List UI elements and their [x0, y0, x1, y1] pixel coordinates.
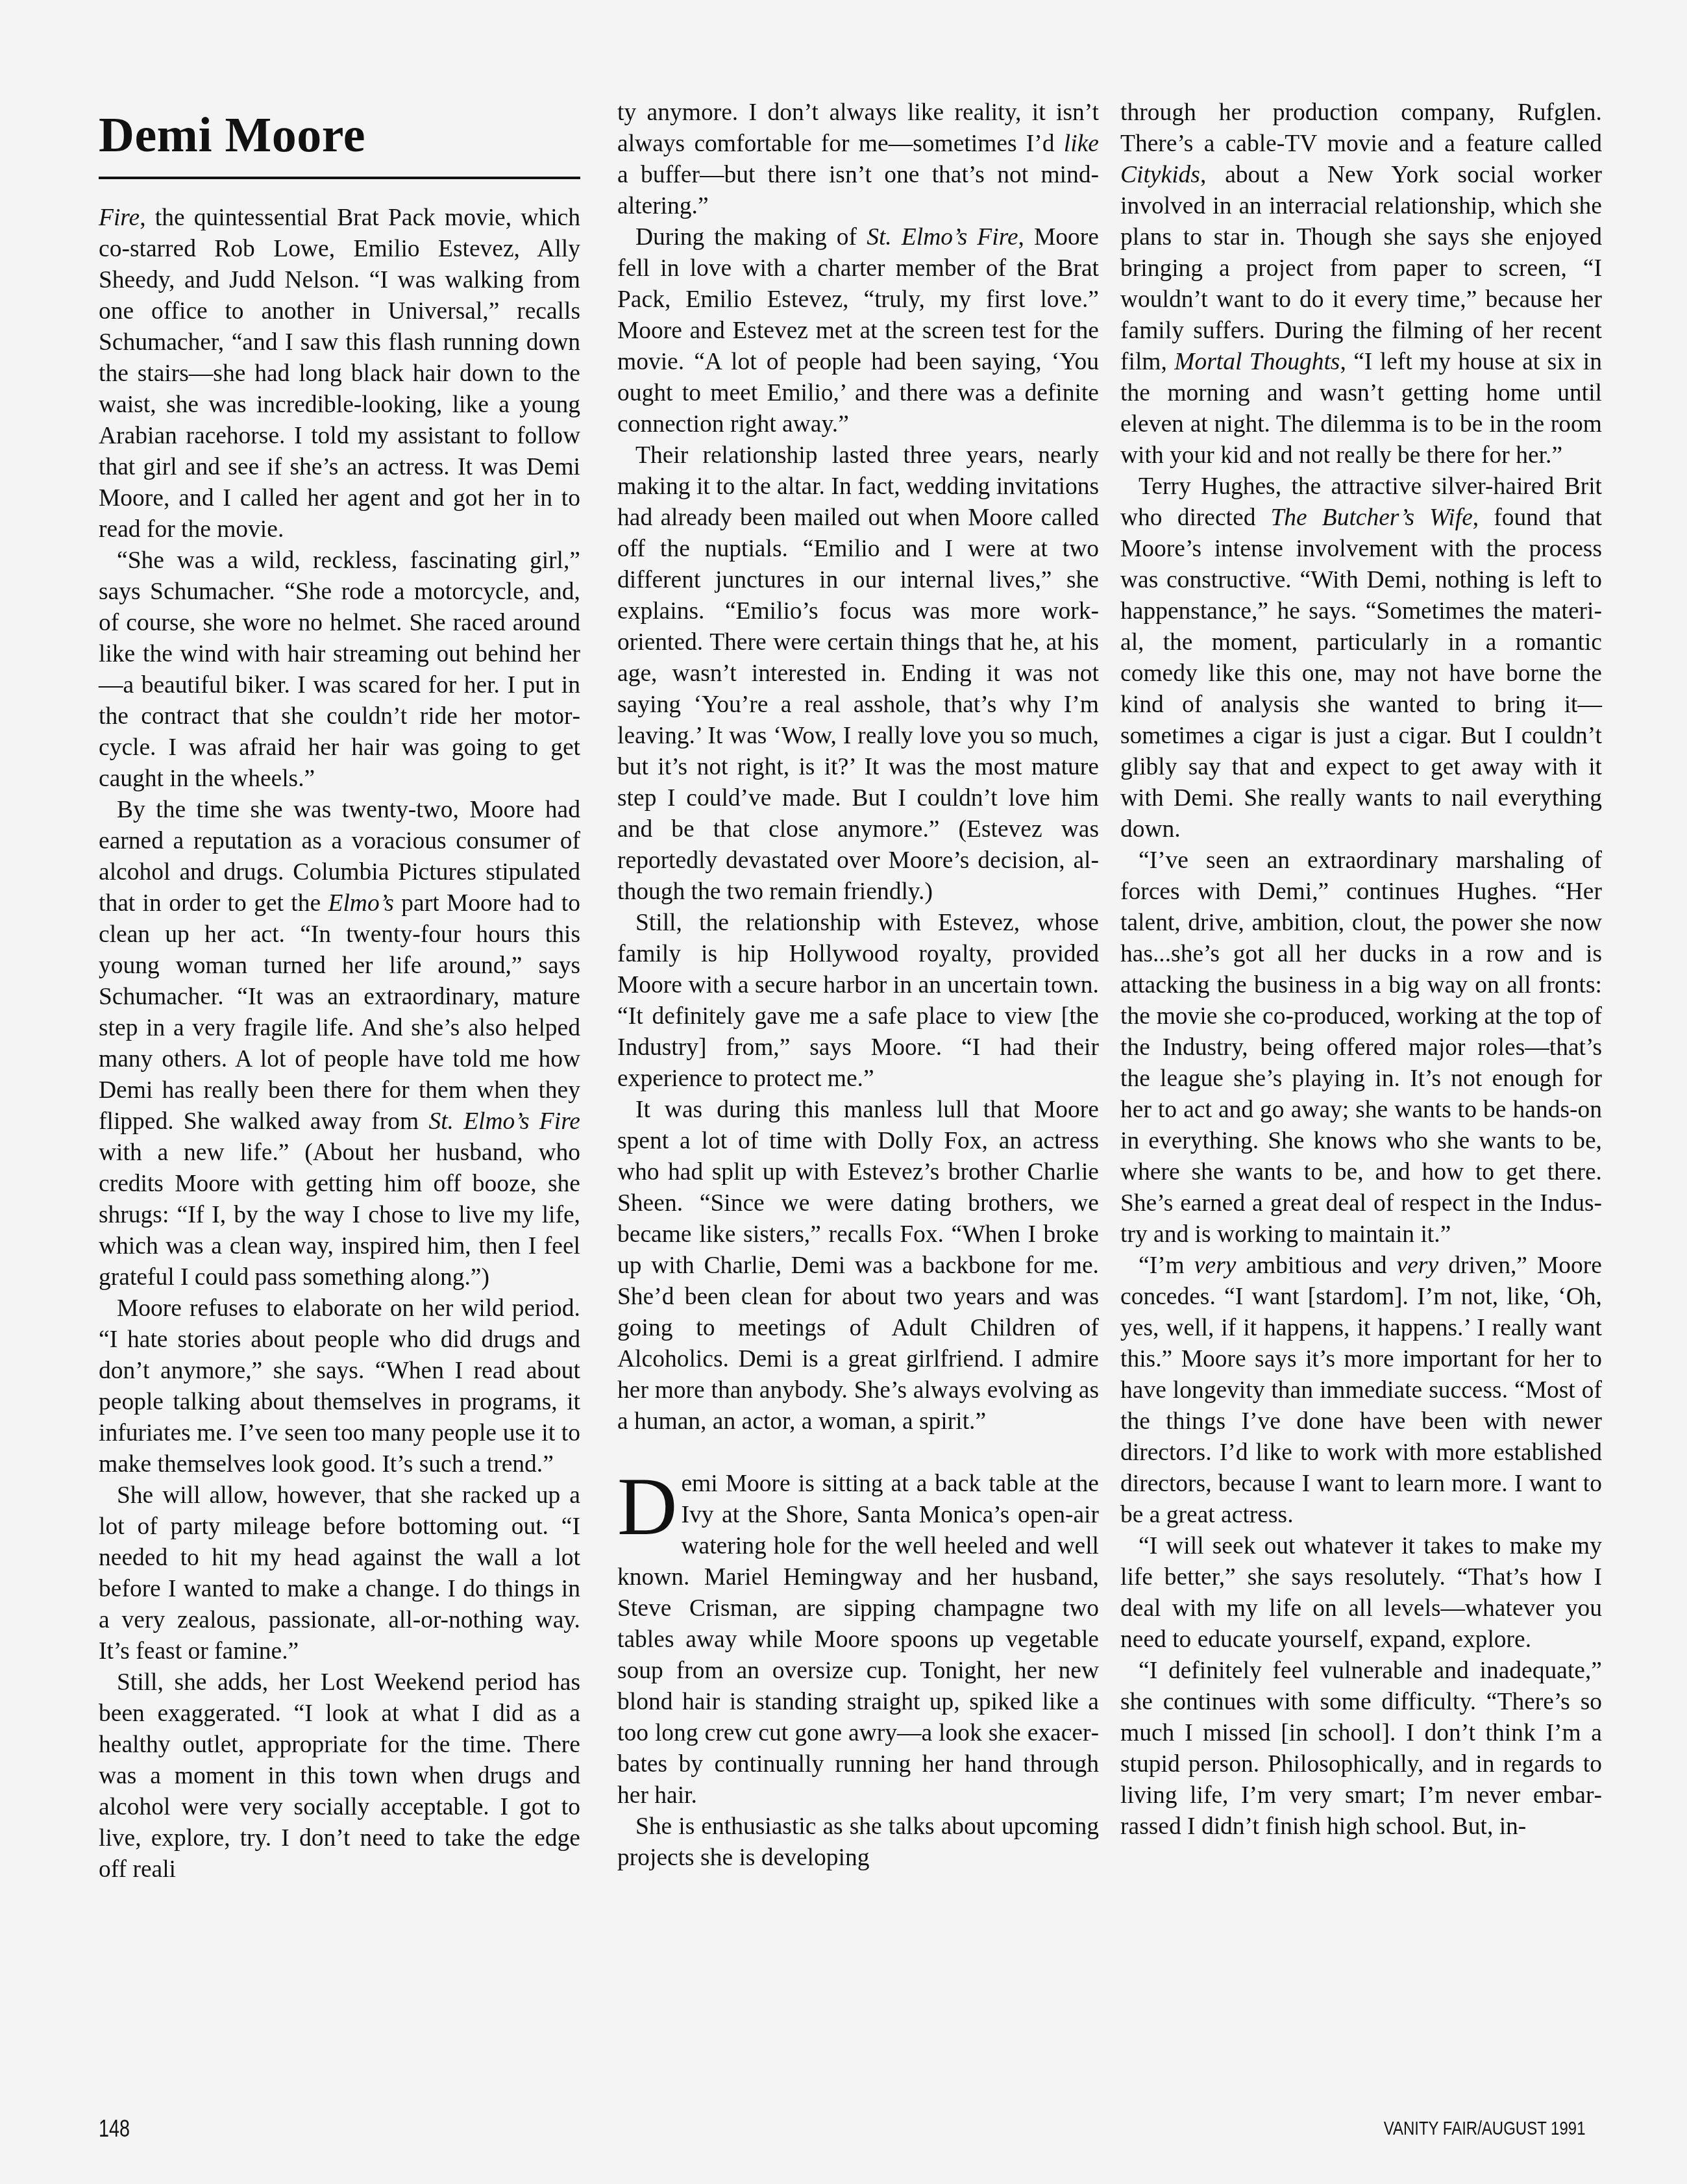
paragraph: ty anymore. I don’t always like reality,… — [617, 97, 1099, 222]
paragraph: “I will seek out whatever it takes to ma… — [1120, 1531, 1602, 1656]
page-number: 148 — [99, 2115, 130, 2142]
paragraph: Fire, the quintessential Brat Pack movie… — [99, 203, 580, 545]
paragraph: It was during this manless lull that Moo… — [617, 1095, 1099, 1437]
italic-title: Elmo’s — [328, 890, 394, 917]
italic-title: Fire — [99, 205, 140, 231]
section-break — [617, 1437, 1099, 1469]
paragraph: “I’m very ambitious and very driven,” Mo… — [1120, 1250, 1602, 1531]
column-3: through her production company, Ruf­glen… — [1120, 97, 1602, 1843]
paragraph: During the making of St. Elmo’s Fire, Mo… — [617, 222, 1099, 440]
paragraph: She will allow, however, that she racked… — [99, 1480, 580, 1667]
italic-title: Citykids — [1120, 162, 1200, 188]
paragraph: Still, she adds, her Lost Weekend peri­o… — [99, 1667, 580, 1885]
italic-title: St. Elmo’s Fire — [867, 224, 1018, 251]
magazine-credit: VANITY FAIR/AUGUST 1991 — [1383, 2118, 1585, 2140]
italic-title: very — [1397, 1252, 1439, 1279]
paragraph: Their relationship lasted three years, n… — [617, 440, 1099, 908]
column-2: ty anymore. I don’t always like reality,… — [617, 97, 1099, 1874]
italic-title: very — [1194, 1252, 1237, 1279]
paragraph: through her production company, Ruf­glen… — [1120, 97, 1602, 471]
paragraph: Still, the relationship with Estevez, wh… — [617, 908, 1099, 1095]
paragraph: Moore refuses to elaborate on her wild p… — [99, 1293, 580, 1480]
column-2-body: ty anymore. I don’t always like reality,… — [617, 97, 1099, 1874]
italic-title: Mortal Thoughts — [1174, 349, 1340, 375]
paragraph: By the time she was twenty-two, Moore ha… — [99, 795, 580, 1293]
column-1-body: Fire, the quintessential Brat Pack movie… — [99, 203, 580, 1885]
drop-cap: D — [617, 1474, 677, 1539]
article-page: Demi Moore Fire, the quintessential Brat… — [99, 97, 1585, 2110]
article-title: Demi Moore — [99, 109, 580, 161]
title-rule — [99, 177, 580, 179]
paragraph: Demi Moore is sitting at a back table at… — [617, 1469, 1099, 1811]
italic-title: like — [1064, 130, 1099, 157]
paragraph: Terry Hughes, the attractive silver-hair… — [1120, 471, 1602, 845]
column-1: Demi Moore Fire, the quintessential Brat… — [99, 97, 580, 1885]
paragraph: “I definitely feel vulnerable and inade­… — [1120, 1656, 1602, 1843]
paragraph: “She was a wild, reckless, fascinating g… — [99, 545, 580, 795]
italic-title: St. Elmo’s Fire — [428, 1108, 580, 1135]
page-footer: 148 VANITY FAIR/AUGUST 1991 — [99, 2115, 1585, 2144]
paragraph: “I’ve seen an extraordinary marshaling o… — [1120, 845, 1602, 1250]
paragraph: She is enthusiastic as she talks about u… — [617, 1811, 1099, 1874]
column-3-body: through her production company, Ruf­glen… — [1120, 97, 1602, 1843]
italic-title: The Butcher’s Wife — [1270, 504, 1472, 531]
